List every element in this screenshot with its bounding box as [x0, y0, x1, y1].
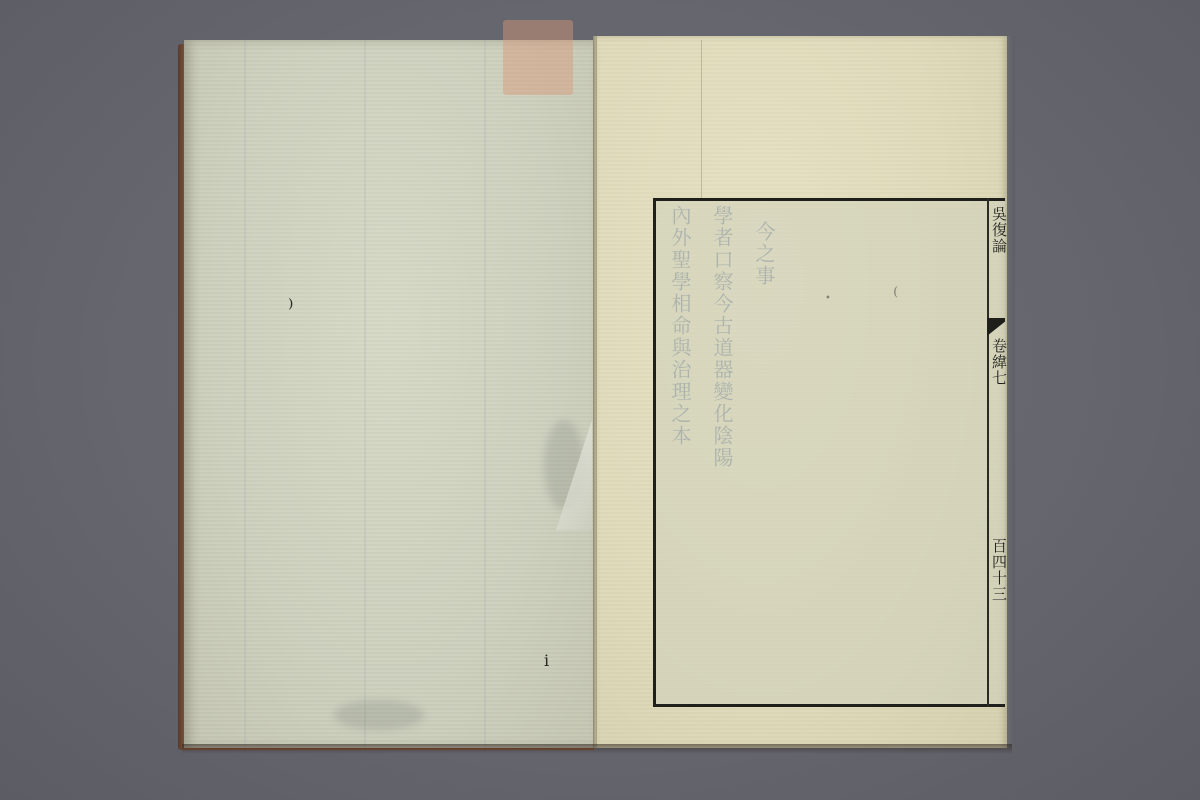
seal-stamp — [503, 20, 573, 95]
volume-label: 卷緯七 — [990, 338, 1008, 386]
open-book: ⁾ ⅰ ⁽ • 學者口察今古道器變化陰陽 內外聖學相命與治理之本 今之事 吳復論… — [0, 0, 1200, 800]
bleed-through-text: 今之事 — [756, 221, 776, 287]
bleed-through-text: 學者口察今古道器變化陰陽 — [714, 205, 734, 469]
bottom-shadow — [182, 744, 1012, 754]
ink-mark: ⅰ — [544, 650, 549, 672]
paper-texture-line — [364, 40, 366, 748]
right-shadow-edge — [1007, 36, 1015, 748]
printed-border-frame: 學者口察今古道器變化陰陽 內外聖學相命與治理之本 今之事 — [653, 198, 1005, 707]
stain — [334, 700, 424, 730]
bleed-through-text: 內外聖學相命與治理之本 — [672, 205, 692, 447]
ink-mark: ⁾ — [288, 298, 293, 320]
page-number: 百四十三 — [990, 538, 1008, 602]
paper-texture-line — [484, 40, 486, 748]
paper-texture-line — [244, 40, 246, 748]
left-page-endpaper: ⁾ ⅰ — [184, 40, 594, 750]
book-title-margin: 吳復論 — [990, 206, 1008, 254]
paper-fold-line — [701, 40, 702, 200]
